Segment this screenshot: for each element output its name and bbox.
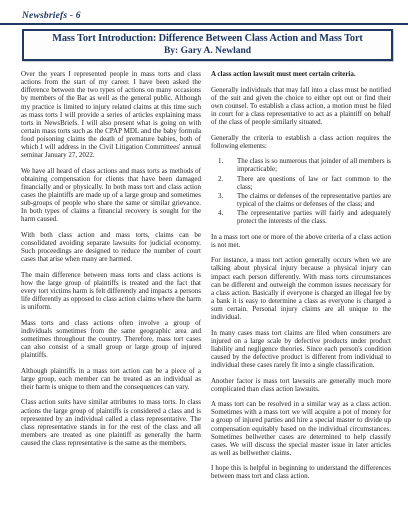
paragraph: Another factor is mass tort lawsuits are…	[211, 377, 391, 393]
section-heading: A class action lawsuit must meet certain…	[211, 70, 391, 78]
article-title: Mass Tort Introduction: Difference Betwe…	[27, 33, 388, 45]
list-item-text: The claims or defenses of the representa…	[237, 192, 391, 208]
paragraph: Mass torts and class actions often invol…	[21, 319, 201, 359]
list-item-text: The class is so numerous that joinder of…	[237, 157, 391, 173]
paragraph: Generally the criteria to establish a cl…	[211, 134, 391, 150]
masthead: Newsbriefs - 6	[0, 0, 408, 21]
right-column: A class action lawsuit must meet certain…	[211, 70, 391, 488]
paragraph: I hope this is helpful in beginning to u…	[211, 464, 391, 480]
list-item: 3. The claims or defenses of the represe…	[211, 192, 391, 208]
list-item: 1. The class is so numerous that joinder…	[211, 157, 391, 173]
paragraph: Generally individuals that may fall into…	[211, 86, 391, 126]
list-item-text: The representative parties will fairly a…	[237, 209, 391, 225]
list-item-number: 2.	[211, 175, 237, 191]
masthead-rule	[0, 23, 408, 25]
list-item-number: 3.	[211, 192, 237, 208]
paragraph: In a mass tort one or more of the above …	[211, 233, 391, 249]
article-body: Over the years I represented people in m…	[21, 70, 391, 488]
newsletter-page: Newsbriefs - 6 Mass Tort Introduction: D…	[0, 0, 408, 521]
paragraph: For instance, a mass tort action general…	[211, 256, 391, 321]
list-item: 4. The representative parties will fairl…	[211, 209, 391, 225]
list-item-number: 4.	[211, 209, 237, 225]
article-title-box: Mass Tort Introduction: Difference Betwe…	[22, 29, 393, 61]
list-item-number: 1.	[211, 157, 237, 173]
paragraph: Over the years I represented people in m…	[21, 70, 201, 159]
paragraph: Class action suits have similar attribut…	[21, 398, 201, 447]
paragraph: With both class action and mass torts, c…	[21, 231, 201, 263]
list-item-text: There are questions of law or fact commo…	[237, 175, 391, 191]
paragraph: The main difference between mass torts a…	[21, 271, 201, 311]
list-item: 2. There are questions of law or fact co…	[211, 175, 391, 191]
left-column: Over the years I represented people in m…	[21, 70, 201, 488]
paragraph: A mass tort can be resolved in a similar…	[211, 400, 391, 457]
class-action-criteria-list: 1. The class is so numerous that joinder…	[211, 157, 391, 225]
paragraph: In many cases mass tort claims are filed…	[211, 329, 391, 369]
article-byline: By: Gary A. Newland	[27, 46, 388, 56]
paragraph: Although plaintiffs in a mass tort actio…	[21, 367, 201, 391]
paragraph: We have all heard of class actions and m…	[21, 167, 201, 224]
